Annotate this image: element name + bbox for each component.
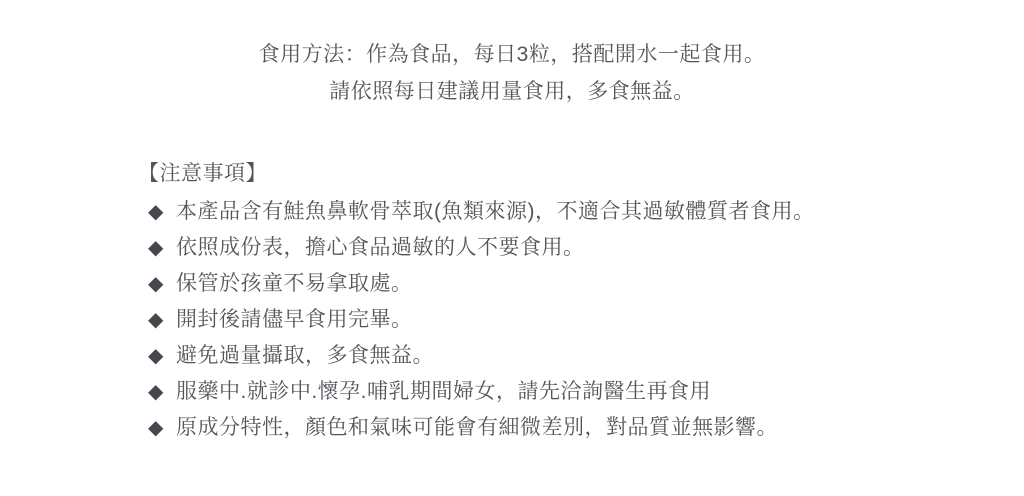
list-item-text: 本產品含有鮭魚鼻軟骨萃取(魚類來源)，不適合其過敏體質者食用。 (176, 194, 814, 230)
list-item: ◆ 原成分特性，顏色和氣味可能會有細微差別，對品質並無影響。 (138, 410, 964, 446)
precautions-list: ◆ 本產品含有鮭魚鼻軟骨萃取(魚類來源)，不適合其過敏體質者食用。 ◆ 依照成份… (138, 194, 964, 446)
list-item-text: 原成分特性，顏色和氣味可能會有細微差別，對品質並無影響。 (176, 410, 778, 446)
diamond-bullet-icon: ◆ (144, 338, 168, 374)
list-item: ◆ 本產品含有鮭魚鼻軟骨萃取(魚類來源)，不適合其過敏體質者食用。 (138, 194, 964, 230)
list-item-text: 開封後請儘早食用完畢。 (176, 302, 413, 338)
usage-instructions: 食用方法：作為食品，每日3粒，搭配開水一起食用。 請依照每日建議用量食用，多食無… (0, 0, 1024, 110)
list-item: ◆ 依照成份表，擔心食品過敏的人不要食用。 (138, 230, 964, 266)
list-item: ◆ 保管於孩童不易拿取處。 (138, 266, 964, 302)
diamond-bullet-icon: ◆ (144, 266, 168, 302)
usage-line-2: 請依照每日建議用量食用，多食無益。 (0, 73, 1024, 110)
list-item-text: 依照成份表，擔心食品過敏的人不要食用。 (176, 230, 585, 266)
diamond-bullet-icon: ◆ (144, 374, 168, 410)
list-item-text: 服藥中.就診中.懷孕.哺乳期間婦女，請先洽詢醫生再食用 (176, 374, 711, 410)
list-item: ◆ 服藥中.就診中.懷孕.哺乳期間婦女，請先洽詢醫生再食用 (138, 374, 964, 410)
precautions-section: 【注意事項】 ◆ 本產品含有鮭魚鼻軟骨萃取(魚類來源)，不適合其過敏體質者食用。… (138, 156, 964, 446)
diamond-bullet-icon: ◆ (144, 302, 168, 338)
diamond-bullet-icon: ◆ (144, 230, 168, 266)
list-item: ◆ 避免過量攝取，多食無益。 (138, 338, 964, 374)
list-item: ◆ 開封後請儘早食用完畢。 (138, 302, 964, 338)
diamond-bullet-icon: ◆ (144, 410, 168, 446)
list-item-text: 保管於孩童不易拿取處。 (176, 266, 413, 302)
usage-line-1: 食用方法：作為食品，每日3粒，搭配開水一起食用。 (0, 36, 1024, 73)
diamond-bullet-icon: ◆ (144, 194, 168, 230)
list-item-text: 避免過量攝取，多食無益。 (176, 338, 434, 374)
product-usage-info-page: 食用方法：作為食品，每日3粒，搭配開水一起食用。 請依照每日建議用量食用，多食無… (0, 0, 1024, 496)
precautions-title: 【注意事項】 (138, 156, 964, 192)
